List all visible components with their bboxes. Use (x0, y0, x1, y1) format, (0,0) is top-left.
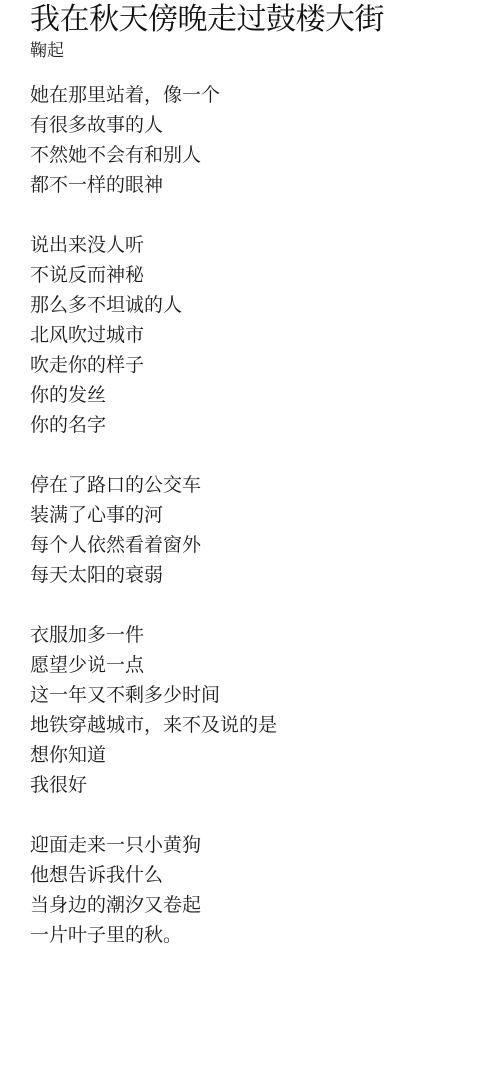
lyric-line: 装满了心事的河 (30, 500, 500, 530)
lyric-line: 停在了路口的公交车 (30, 470, 500, 500)
lyric-line: 有很多故事的人 (30, 110, 500, 140)
lyric-line: 一片叶子里的秋。 (30, 920, 500, 950)
lyrics-page: 我在秋天傍晚走过鼓楼大街 鞠起 她在那里站着，像一个 有很多故事的人 不然她不会… (30, 0, 500, 980)
stanza-2: 说出来没人听 不说反而神秘 那么多不坦诚的人 北风吹过城市 吹走你的样子 你的发… (30, 230, 500, 440)
lyric-line: 迎面走来一只小黄狗 (30, 830, 500, 860)
lyric-line: 愿望少说一点 (30, 650, 500, 680)
stanza-3: 停在了路口的公交车 装满了心事的河 每个人依然看着窗外 每天太阳的衰弱 (30, 470, 500, 590)
stanza-1: 她在那里站着，像一个 有很多故事的人 不然她不会有和别人 都不一样的眼神 (30, 80, 500, 200)
lyric-line: 衣服加多一件 (30, 620, 500, 650)
lyric-line: 这一年又不剩多少时间 (30, 680, 500, 710)
lyric-line: 想你知道 (30, 740, 500, 770)
song-title: 我在秋天傍晚走过鼓楼大街 (30, 0, 500, 39)
lyric-line: 你的名字 (30, 410, 500, 440)
lyrics-body: 她在那里站着，像一个 有很多故事的人 不然她不会有和别人 都不一样的眼神 说出来… (30, 80, 500, 950)
lyric-line: 你的发丝 (30, 380, 500, 410)
lyric-line: 每个人依然看着窗外 (30, 530, 500, 560)
artist-name: 鞠起 (30, 39, 500, 63)
lyric-line: 都不一样的眼神 (30, 170, 500, 200)
lyric-line: 地铁穿越城市，来不及说的是 (30, 710, 500, 740)
lyric-line: 北风吹过城市 (30, 320, 500, 350)
lyric-line: 不然她不会有和别人 (30, 140, 500, 170)
lyric-line: 他想告诉我什么 (30, 860, 500, 890)
lyric-line: 说出来没人听 (30, 230, 500, 260)
lyric-line: 当身边的潮汐又卷起 (30, 890, 500, 920)
lyric-line: 吹走你的样子 (30, 350, 500, 380)
lyric-line: 每天太阳的衰弱 (30, 560, 500, 590)
stanza-4: 衣服加多一件 愿望少说一点 这一年又不剩多少时间 地铁穿越城市，来不及说的是 想… (30, 620, 500, 800)
lyric-line: 我很好 (30, 770, 500, 800)
lyric-line: 她在那里站着，像一个 (30, 80, 500, 110)
stanza-5: 迎面走来一只小黄狗 他想告诉我什么 当身边的潮汐又卷起 一片叶子里的秋。 (30, 830, 500, 950)
lyric-line: 不说反而神秘 (30, 260, 500, 290)
lyric-line: 那么多不坦诚的人 (30, 290, 500, 320)
